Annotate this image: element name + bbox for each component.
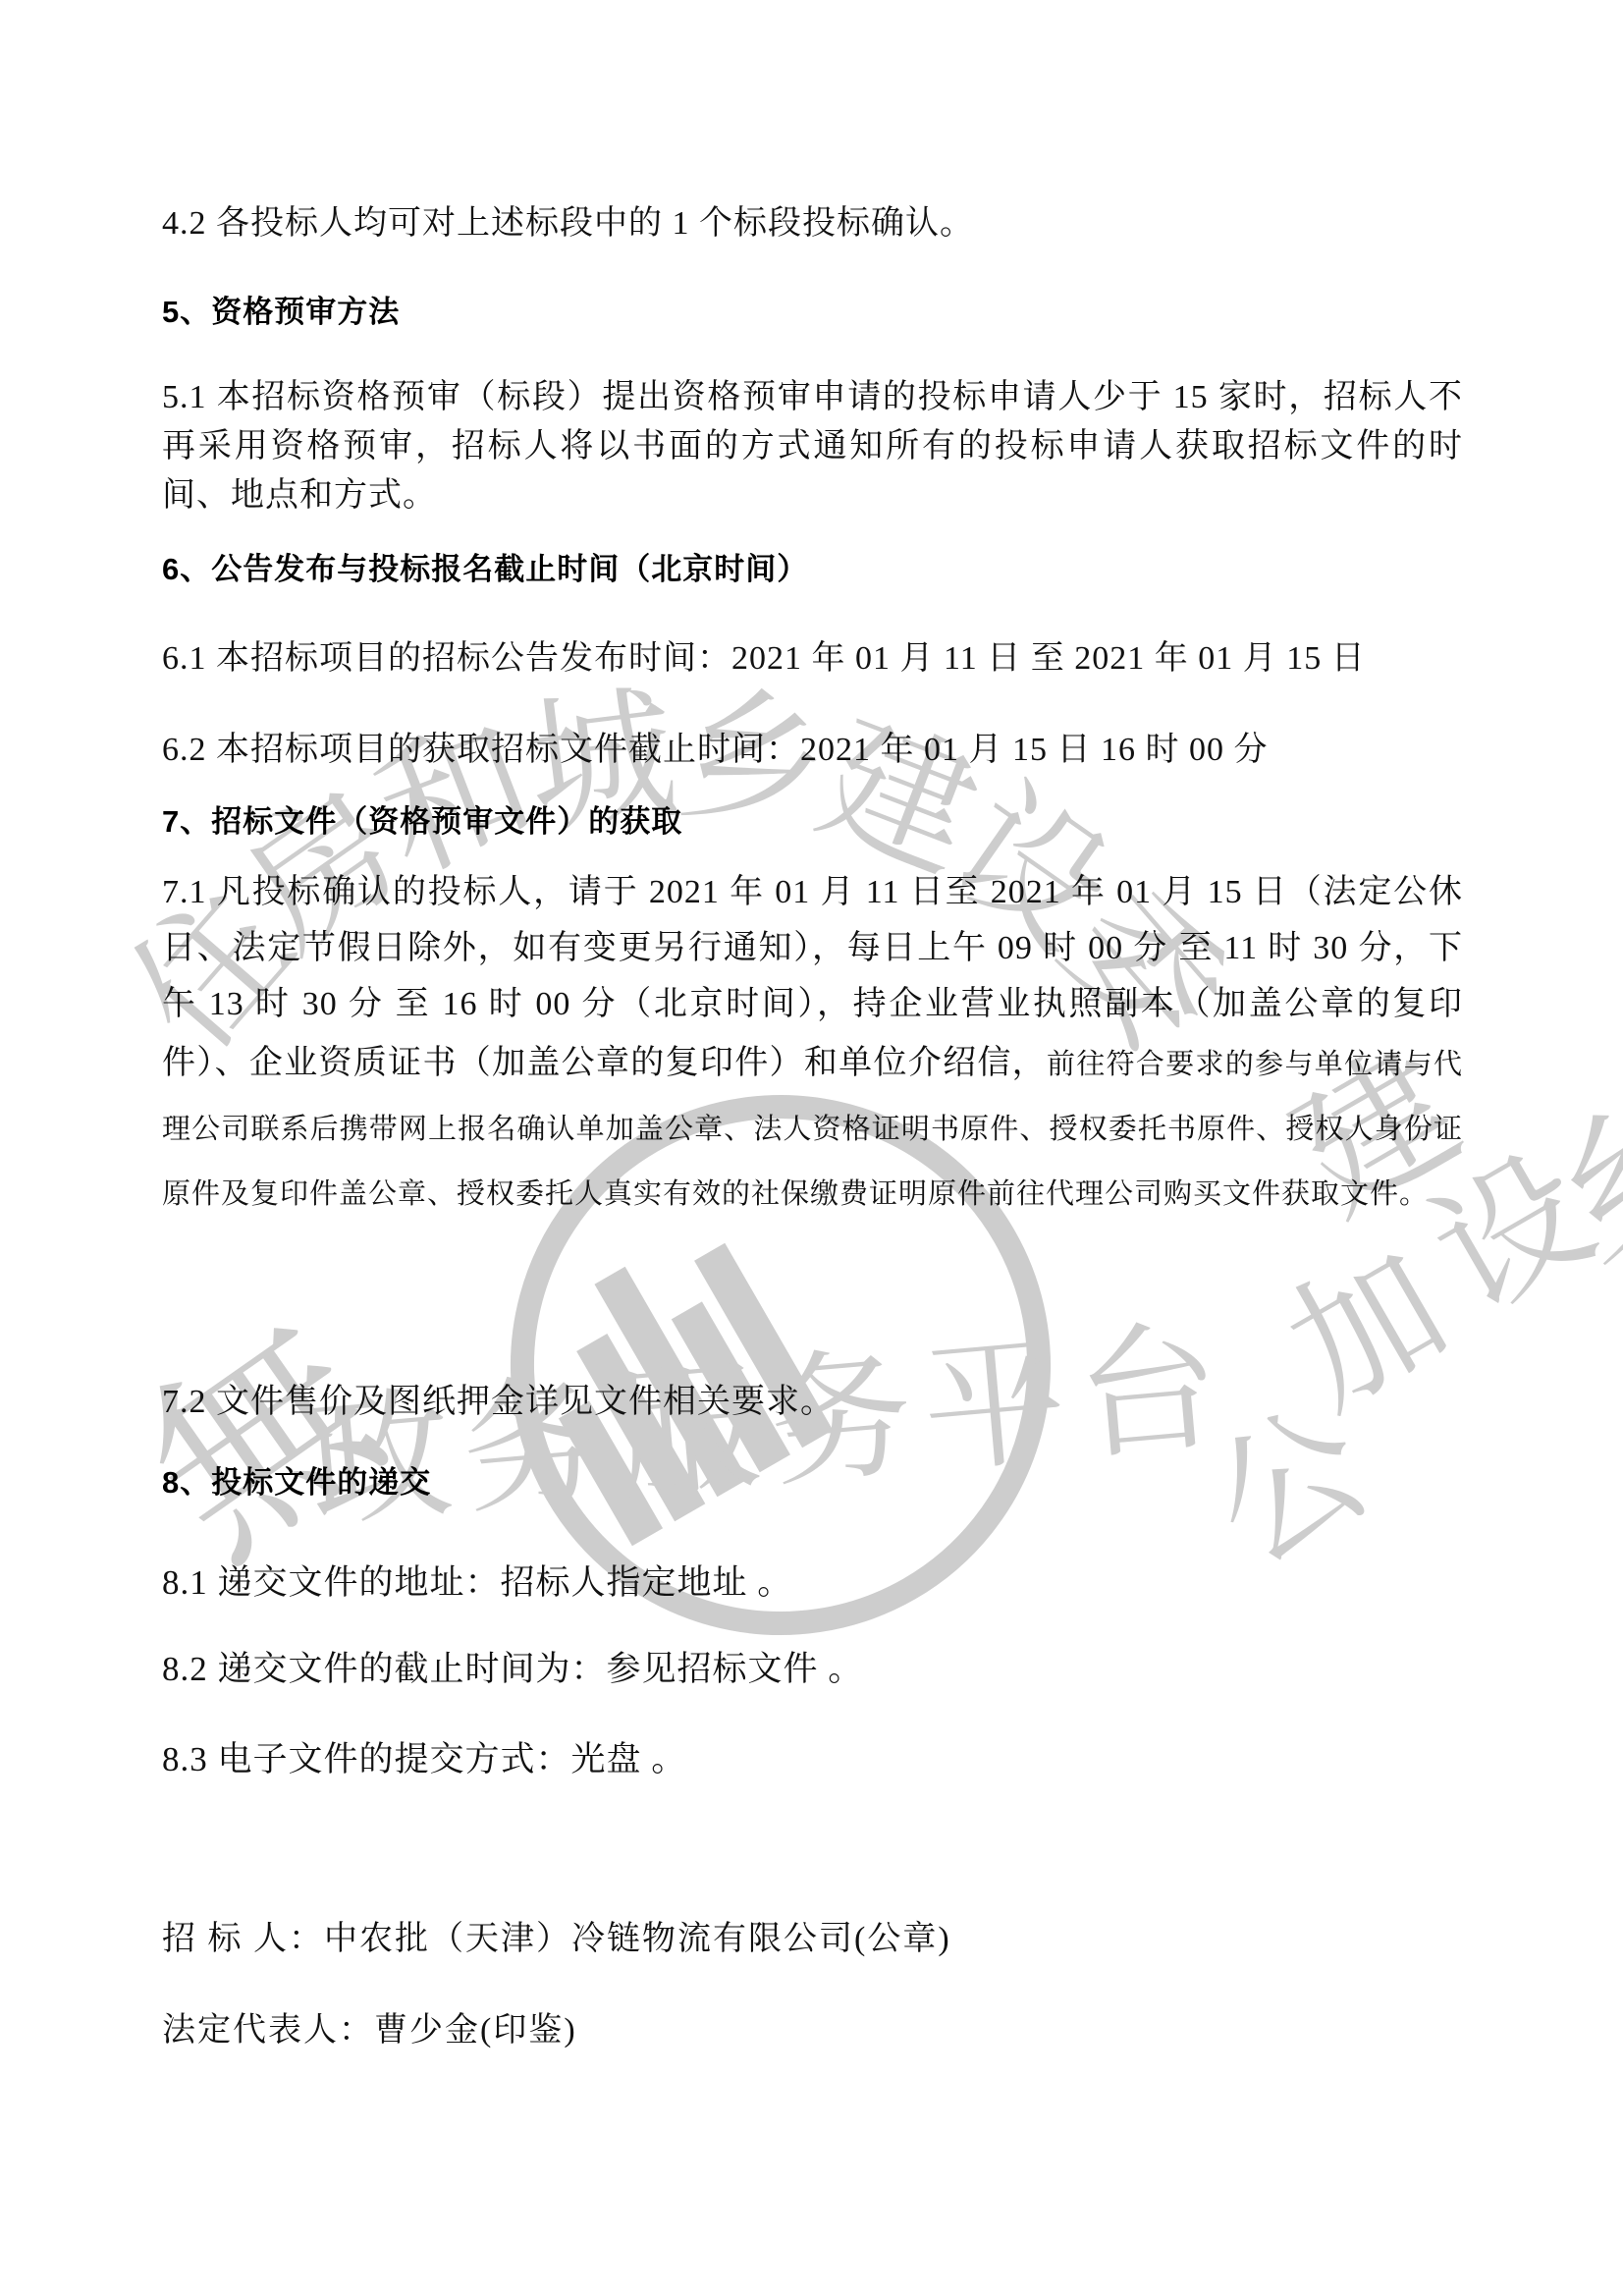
heading-5: 5、资格预审方法 xyxy=(162,293,1463,332)
heading-8: 8、投标文件的递交 xyxy=(162,1463,1463,1503)
watermark-scatter-char: 無 xyxy=(116,1294,409,1588)
heading-6: 6、公告发布与投标报名截止时间（北京时间） xyxy=(162,550,1463,589)
paragraph-6-2: 6.2 本招标项目的获取招标文件截止时间：2021 年 01 月 15 日 16… xyxy=(162,728,1463,773)
paragraph-4-2: 4.2 各投标人均可对上述标段中的 1 个标段投标确认。 xyxy=(162,201,1463,246)
bidder-line: 招 标 人：中农批（天津）冷链物流有限公司(公章) xyxy=(162,1917,1463,1962)
document-page: 政务服务平台 住房和城乡建设委無建乡设加公 4.2 各投标人均可对上述标段中的 … xyxy=(0,0,1623,2296)
paragraph-8-3: 8.3 电子文件的提交方式：光盘 。 xyxy=(162,1736,1463,1783)
legal-representative-line: 法定代表人：曹少金(印鉴) xyxy=(162,2008,1463,2053)
paragraph-5-1: 5.1 本招标资格预审（标段）提出资格预审申请的投标申请人少于 15 家时，招标… xyxy=(162,373,1463,520)
paragraph-8-2: 8.2 递交文件的截止时间为：参见招标文件 。 xyxy=(162,1646,1463,1693)
heading-7: 7、招标文件（资格预审文件）的获取 xyxy=(162,802,1463,842)
watermark-banner-text: 政务服务平台 xyxy=(303,1314,1237,1537)
paragraph-6-1: 6.1 本招标项目的招标公告发布时间：2021 年 01 月 11 日 至 20… xyxy=(162,636,1463,682)
paragraph-7-1: 7.1 凡投标确认的投标人，请于 2021 年 01 月 11 日至 2021 … xyxy=(162,864,1463,1227)
paragraph-8-1: 8.1 递交文件的地址：招标人指定地址 。 xyxy=(162,1559,1463,1607)
paragraph-7-2: 7.2 文件售价及图纸押金详见文件相关要求。 xyxy=(162,1380,1463,1425)
